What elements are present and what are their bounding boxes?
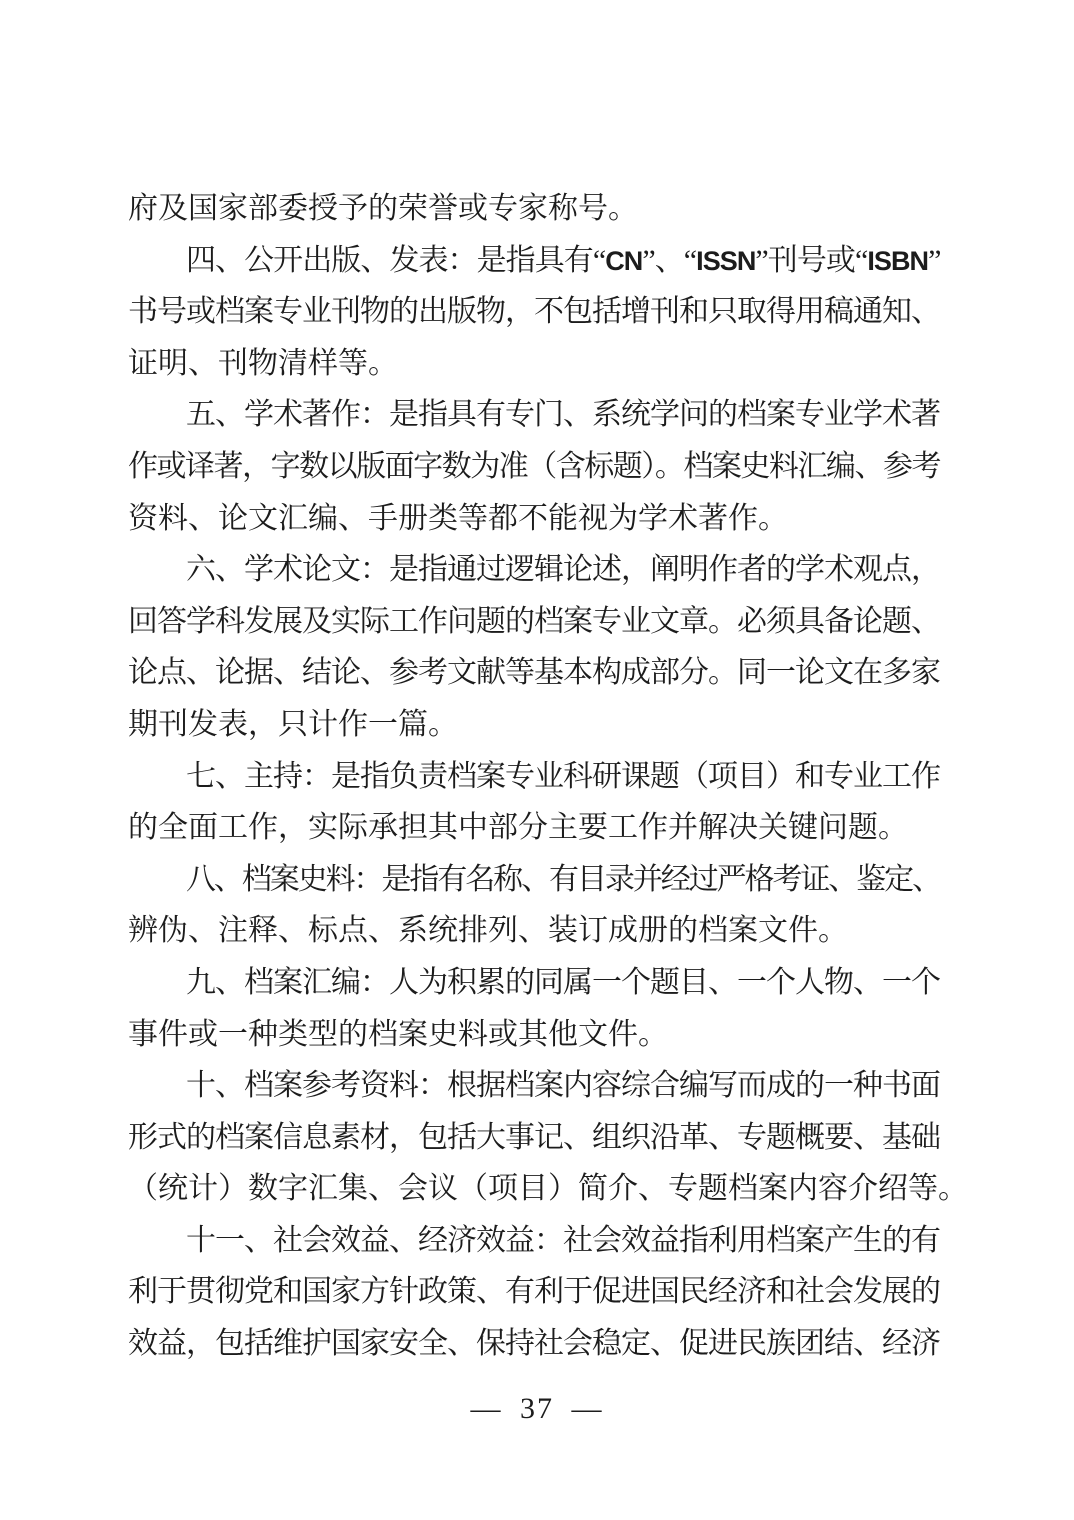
text-line: 九、档案汇编：人为积累的同属一个题目、一个人物、一个: [128, 957, 942, 1009]
text-line: 八、档案史料：是指有名称、有目录并经过严格考证、鉴定、: [128, 854, 942, 906]
text-line: 五、学术著作：是指具有专门、系统学问的档案专业学术著: [128, 389, 942, 441]
latin-text: ISSN: [696, 246, 755, 276]
text-line: 府及国家部委授予的荣誉或专家称号。: [128, 183, 942, 235]
text-line: 期刊发表，只计作一篇。: [128, 699, 942, 751]
text-line: 书号或档案专业刊物的出版物，不包括增刊和只取得用稿通知、: [128, 286, 942, 338]
text-line: 四、公开出版、发表：是指具有“CN”、“ISSN”刊号或“ISBN”: [128, 235, 942, 287]
text-line: 十一、社会效益、经济效益：社会效益指利用档案产生的有: [128, 1215, 942, 1267]
text-line: 证明、刊物清样等。: [128, 338, 942, 390]
text-line: 十、档案参考资料：根据档案内容综合编写而成的一种书面: [128, 1060, 942, 1112]
text-line: 利于贯彻党和国家方针政策、有利于促进国民经济和社会发展的: [128, 1266, 942, 1318]
text-line: 六、学术论文：是指通过逻辑论述，阐明作者的学术观点，: [128, 544, 942, 596]
page-number: — 37 —: [0, 1392, 1074, 1426]
document-page: 府及国家部委授予的荣誉或专家称号。四、公开出版、发表：是指具有“CN”、“ISS…: [0, 0, 1074, 1520]
text-line: 作或译著，字数以版面字数为准（含标题）。档案史料汇编、参考: [128, 441, 942, 493]
text-line: 事件或一种类型的档案史料或其他文件。: [128, 1009, 942, 1061]
text-line: 辨伪、注释、标点、系统排列、装订成册的档案文件。: [128, 905, 942, 957]
text-line: 的全面工作，实际承担其中部分主要工作并解决关键问题。: [128, 802, 942, 854]
text-line: 效益，包括维护国家安全、保持社会稳定、促进民族团结、经济: [128, 1318, 942, 1370]
text-line: （统计）数字汇集、会议（项目）简介、专题档案内容介绍等。: [128, 1163, 942, 1215]
latin-text: ISBN: [867, 246, 928, 276]
latin-text: CN: [605, 246, 642, 276]
text-line: 七、主持：是指负责档案专业科研课题（项目）和专业工作: [128, 751, 942, 803]
text-line: 回答学科发展及实际工作问题的档案专业文章。必须具备论题、: [128, 596, 942, 648]
document-body: 府及国家部委授予的荣誉或专家称号。四、公开出版、发表：是指具有“CN”、“ISS…: [128, 183, 942, 1370]
text-line: 资料、论文汇编、手册类等都不能视为学术著作。: [128, 493, 942, 545]
text-line: 形式的档案信息素材，包括大事记、组织沿革、专题概要、基础: [128, 1112, 942, 1164]
text-line: 论点、论据、结论、参考文献等基本构成部分。同一论文在多家: [128, 647, 942, 699]
